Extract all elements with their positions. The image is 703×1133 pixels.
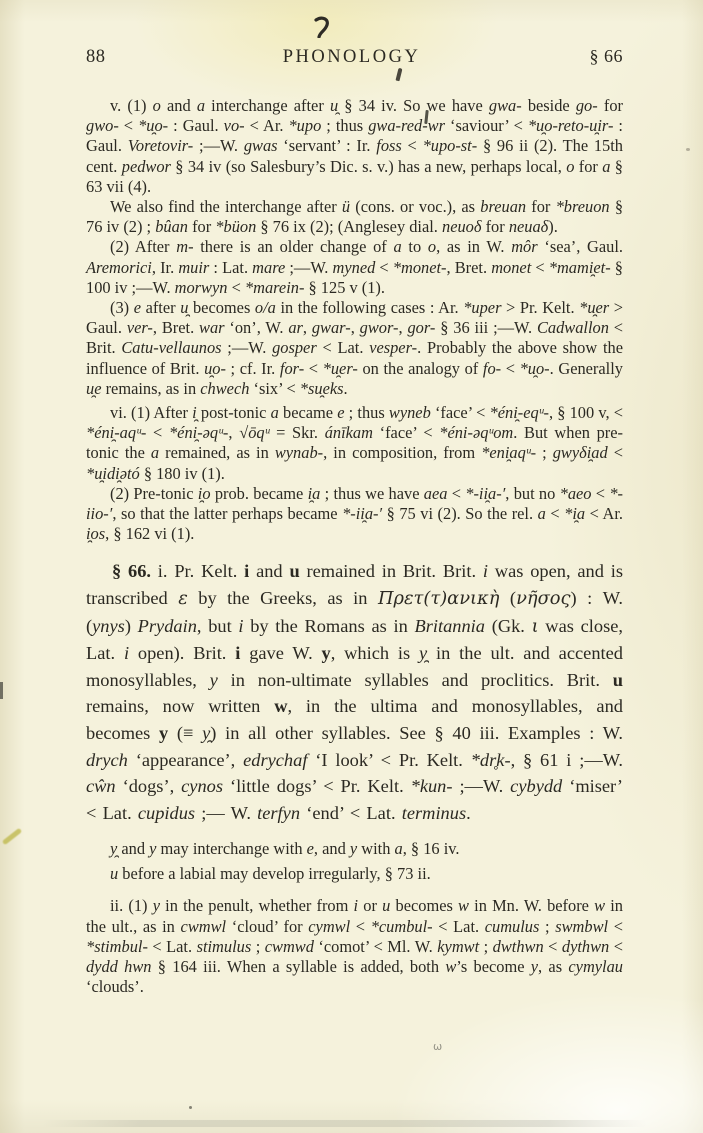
note-v-2: (2) After m- there is an older change of… <box>86 237 623 298</box>
note-interchange-y: y̯ and y may interchange with e, and y w… <box>86 836 623 861</box>
dot-speck-icon <box>686 148 690 151</box>
speck-bottom-icon: ω <box>433 1040 445 1050</box>
page-number: 88 <box>86 47 106 68</box>
note-u-labial: u before a labial may develop irregularl… <box>86 861 623 886</box>
running-head: 88 PHONOLOGY § 66 <box>86 46 623 68</box>
page-title: PHONOLOGY <box>283 47 421 68</box>
text-body: v. (1) o and a interchange after u̯ § 34… <box>86 96 623 997</box>
scanned-book-page: 88 PHONOLOGY § 66 v. (1) o and a interch… <box>0 0 703 1133</box>
dot-speck-icon <box>189 1106 192 1109</box>
edge-line-left-icon <box>0 682 3 699</box>
section-66-main: § 66. i. Pr. Kelt. i and u remained in B… <box>86 558 623 826</box>
note-ii-1: ii. (1) y in the penult, whether from i … <box>86 896 623 997</box>
note-v-interchange-u: We also find the interchange after ü (co… <box>86 197 623 237</box>
ink-squiggle-top-icon <box>313 16 331 38</box>
note-v-1: v. (1) o and a interchange after u̯ § 34… <box>86 96 623 197</box>
note-vi-1: vi. (1) After i̯ post-tonic a became e ;… <box>86 403 623 484</box>
section-reference: § 66 <box>590 46 624 67</box>
page-column: 88 PHONOLOGY § 66 v. (1) o and a interch… <box>86 46 623 997</box>
note-vi-2: (2) Pre-tonic i̯o prob. became i̯a ; thu… <box>86 484 623 545</box>
page-bottom-shadow <box>0 1120 703 1127</box>
note-v-3: (3) e after u̯ becomes o/a in the follow… <box>86 298 623 399</box>
pen-stroke-left-icon <box>2 828 22 845</box>
